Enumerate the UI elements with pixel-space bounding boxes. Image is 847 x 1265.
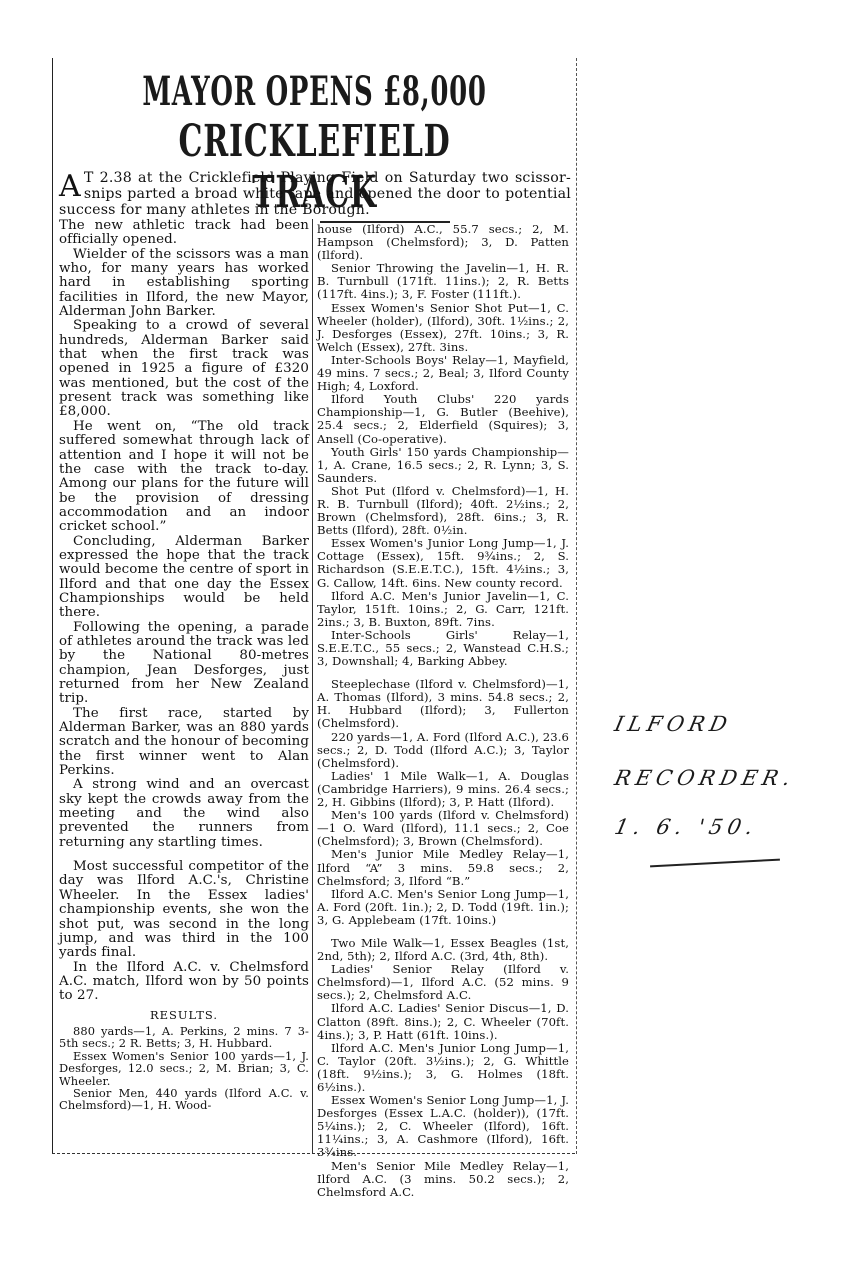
headline-line-1: MAYOR OPENS £8,000 <box>126 68 503 115</box>
newspaper-clipping: MAYOR OPENS £8,000 CRICKLEFIELD TRACK A … <box>52 58 577 1154</box>
handwritten-underline <box>650 859 780 868</box>
result-item: Essex Women's Junior Long Jump—1, J. Cot… <box>317 537 569 589</box>
handwritten-date: 1. 6. '50. <box>612 815 760 839</box>
standfirst: A T 2.38 at the Cricklefield Playing Fie… <box>59 170 571 218</box>
article-paragraph: Speaking to a crowd of several hundreds,… <box>59 319 309 419</box>
result-item: Ilford A.C. Men's Senior Long Jump—1, A.… <box>317 888 569 927</box>
result-item: Ladies' Senior Relay (Ilford v. Chelmsfo… <box>317 963 569 1002</box>
result-item: Youth Girls' 150 yards Championship—1, A… <box>317 446 569 485</box>
result-item: Inter-Schools Boys' Relay—1, Mayfield, 4… <box>317 354 569 393</box>
result-item: Shot Put (Ilford v. Chelmsford)—1, H. R.… <box>317 485 569 537</box>
result-item: Ilford A.C. Ladies' Senior Discus—1, D. … <box>317 1002 569 1041</box>
result-item: 880 yards—1, A. Perkins, 2 mins. 7 3-5th… <box>59 1025 309 1050</box>
result-item: Ilford Youth Clubs' 220 yards Championsh… <box>317 393 569 445</box>
result-item: Men's Junior Mile Medley Relay—1, Ilford… <box>317 848 569 887</box>
article-paragraph: In the Ilford A.C. v. Chelmsford A.C. ma… <box>59 961 309 1004</box>
result-item: Essex Women's Senior 100 yards—1, J. Des… <box>59 1050 309 1087</box>
result-item: 220 yards—1, A. Ford (Ilford A.C.), 23.6… <box>317 731 569 770</box>
standfirst-text: T 2.38 at the Cricklefield Playing Field… <box>59 170 571 218</box>
result-item: Inter-Schools Girls' Relay—1, S.E.E.T.C.… <box>317 629 569 668</box>
result-item: Essex Women's Senior Long Jump—1, J. Des… <box>317 1094 569 1159</box>
clipping-bottom-edge <box>52 1153 575 1154</box>
result-item: Men's 100 yards (Ilford v. Chelmsford)—1… <box>317 809 569 848</box>
result-item: Ilford A.C. Men's Junior Long Jump—1, C.… <box>317 1042 569 1094</box>
result-item: Ilford A.C. Men's Junior Javelin—1, C. T… <box>317 590 569 629</box>
article-paragraph: The first race, started by Alderman Bark… <box>59 707 309 779</box>
article-paragraph: Most successful competitor of the day wa… <box>59 860 309 960</box>
drop-cap: A <box>59 172 81 202</box>
article-paragraph: A strong wind and an overcast sky kept t… <box>59 778 309 850</box>
result-item: Two Mile Walk—1, Essex Beagles (1st, 2nd… <box>317 937 569 963</box>
result-item: Steeplechase (Ilford v. Chelmsford)—1, A… <box>317 678 569 730</box>
article-paragraph: Wielder of the scissors was a man who, f… <box>59 248 309 320</box>
article-paragraph: He went on, “The old track suffered some… <box>59 420 309 535</box>
results-heading: RESULTS. <box>59 1008 309 1022</box>
result-item: Essex Women's Senior Shot Put—1, C. Whee… <box>317 302 569 354</box>
result-item: Senior Throwing the Javelin—1, H. R. B. … <box>317 262 569 301</box>
column-divider <box>312 219 313 1154</box>
article-paragraph: Following the opening, a parade of athle… <box>59 621 309 707</box>
result-item: Ladies' 1 Mile Walk—1, A. Douglas (Cambr… <box>317 770 569 809</box>
article-column-left: The new athletic track had been official… <box>59 219 309 1112</box>
handwritten-source-line-2: RECORDER. <box>612 766 797 790</box>
result-item: Men's Senior Mile Medley Relay—1, Ilford… <box>317 1160 569 1199</box>
handwritten-source-line-1: ILFORD <box>612 712 734 736</box>
result-item: Senior Men, 440 yards (Ilford A.C. v. Ch… <box>59 1087 309 1112</box>
result-item: house (Ilford) A.C., 55.7 secs.; 2, M. H… <box>317 223 569 262</box>
article-paragraph: Concluding, Alderman Barker expressed th… <box>59 535 309 621</box>
results-column-right: house (Ilford) A.C., 55.7 secs.; 2, M. H… <box>317 223 569 1199</box>
article-paragraph: The new athletic track had been official… <box>59 219 309 248</box>
